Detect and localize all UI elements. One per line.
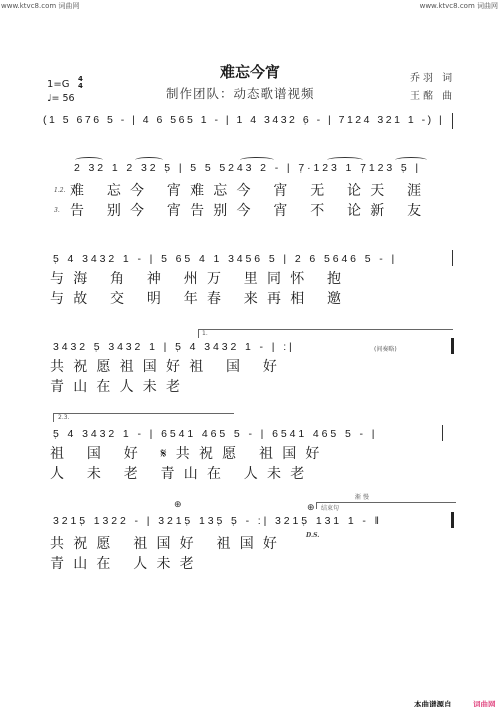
coda-icon: ⊕: [174, 500, 182, 510]
lyricist-credit: 乔羽 词: [410, 69, 455, 84]
lyrics-verse-1: 与海 角 神 州万 里同怀 抱: [50, 268, 350, 288]
lyrics-verse-1: 祖 国 好 𝄋共祝愿 祖国好: [50, 443, 329, 463]
volta-bracket-23: [53, 413, 234, 422]
volta-bracket-1: [198, 329, 453, 338]
notation-line: (1 5 676 5 - | 4 6 565 1 - | 1 4 3432 6̣…: [43, 114, 444, 126]
ritardando-marking: 渐 慢: [355, 492, 369, 501]
lyrics-verse-1: 共祝愿祖国好祖 国 好: [50, 356, 286, 376]
barline: [442, 425, 443, 441]
volta-label: 1.: [202, 330, 208, 337]
volta-label: 2.3.: [58, 414, 69, 421]
verse-label: 1.2.: [54, 187, 65, 194]
lyrics-verse-2: 与故 交 明 年春 来再相 邀: [50, 288, 350, 308]
key-signature: 1=G: [47, 79, 70, 90]
footer-source-label: 本曲谱源自: [414, 699, 452, 707]
lyrics-verse-1: 难 忘今 宵难忘今 宵 无 论天 涯: [70, 180, 430, 200]
lyrics-verse-2: 告 别今 宵告别今 宵 不 论新 友: [70, 200, 430, 220]
time-signature: 4 4: [78, 76, 83, 90]
notation-line: 5̣ 4 3432 1 - | 5 65 4 1 3456 5 | 2 6 56…: [53, 253, 397, 265]
repeat-end-barline: [451, 338, 454, 354]
lyrics-verse-2: 青山在人未老: [50, 376, 189, 396]
notation-line: 2 32 1 2 32 5̣ | 5 5 5243 2 - | 7̣·123 1…: [74, 162, 421, 174]
final-barline: [451, 512, 454, 528]
notation-line: 5̣ 4 3432 1 - | 6541 465 5 - | 6541 465 …: [53, 428, 377, 440]
tempo-marking: ♩= 56: [47, 93, 75, 104]
time-sig-bottom: 4: [78, 83, 83, 90]
watermark-right: www.ktvc8.com 词曲网: [420, 1, 498, 11]
notation-line: 3432 5̣ 3432 1 | 5̣ 4 3432 1 - | :|: [53, 341, 295, 353]
lyrics-verse-2: 人 未 老 青山在 人未老: [50, 463, 313, 483]
barline: [452, 113, 453, 129]
footer-site-link[interactable]: 词曲网: [473, 699, 496, 707]
barline: [452, 250, 453, 266]
lyrics-verse-1: 共祝愿 祖国好 祖国好: [50, 533, 286, 553]
song-subtitle: 制作团队：动态歌谱视频: [166, 84, 315, 102]
verse-label: 3.: [54, 207, 60, 214]
notation-line: 3215̣ 1322 - | 3215̣ 135̣ 5̣ - :| 3215̣ …: [53, 515, 382, 527]
ending-label: 结束句: [321, 503, 339, 512]
interlude-note: (间奏略): [374, 344, 397, 353]
composer-credit: 王酩 曲: [410, 87, 455, 102]
dal-segno-marking: D.S.: [306, 532, 319, 539]
coda-icon: ⊕: [307, 503, 315, 513]
watermark-left: www.ktvc8.com 词曲网: [1, 1, 79, 11]
lyrics-verse-2: 青山在 人未老: [50, 553, 203, 573]
